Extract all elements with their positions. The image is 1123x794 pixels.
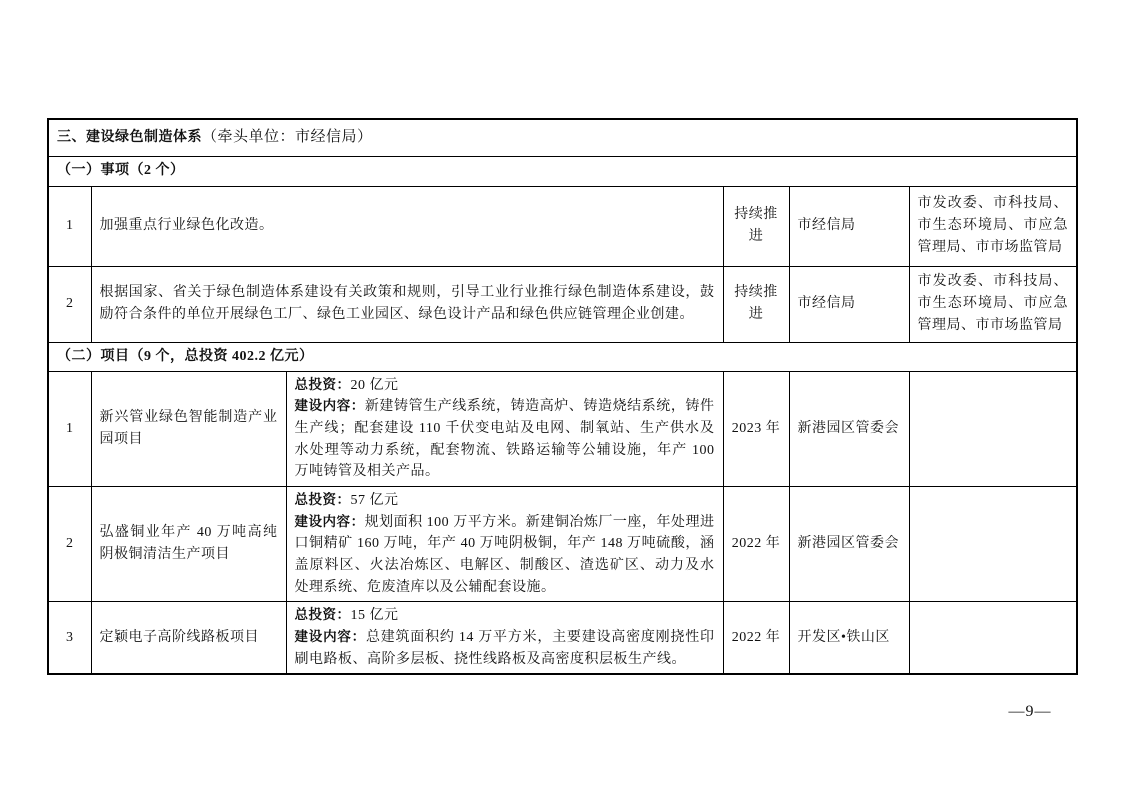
content-label: 建设内容： xyxy=(295,398,365,413)
project-number: 2 xyxy=(48,486,91,601)
item-schedule: 持续推进 xyxy=(723,266,789,342)
project-content-line: 建设内容：规划面积 100 万平方米。新建铜冶炼厂一座，年处理进口铜精矿 160… xyxy=(295,512,715,599)
content-label: 建设内容： xyxy=(295,514,365,529)
project-year: 2022 年 xyxy=(723,602,789,675)
table-title-row: 三、建设绿色制造体系（牵头单位：市经信局） xyxy=(48,119,1077,156)
table-title-paren: （牵头单位：市经信局） xyxy=(202,129,373,145)
item-support-units: 市发改委、市科技局、市生态环境局、市应急管理局、市市场监管局 xyxy=(909,186,1077,266)
project-number: 1 xyxy=(48,371,91,486)
investment-label: 总投资： xyxy=(295,607,351,622)
project-year: 2023 年 xyxy=(723,371,789,486)
investment-label: 总投资： xyxy=(295,492,351,507)
project-details: 总投资：20 亿元 建设内容：新建铸管生产线系统，铸造高炉、铸造烧结系统，铸件生… xyxy=(286,371,723,486)
section-projects-row: （二）项目（9 个，总投资 402.2 亿元） xyxy=(48,342,1077,371)
project-row: 3 定颖电子高阶线路板项目 总投资：15 亿元 建设内容：总建筑面积约 14 万… xyxy=(48,602,1077,675)
project-name: 定颖电子高阶线路板项目 xyxy=(91,602,286,675)
project-investment-line: 总投资：20 亿元 xyxy=(295,375,715,397)
table-title: 三、建设绿色制造体系（牵头单位：市经信局） xyxy=(48,119,1077,156)
plan-table: 三、建设绿色制造体系（牵头单位：市经信局） （一）事项（2 个） 1 加强重点行… xyxy=(47,118,1078,675)
item-number: 2 xyxy=(48,266,91,342)
project-details: 总投资：15 亿元 建设内容：总建筑面积约 14 万平方米，主要建设高密度刚挠性… xyxy=(286,602,723,675)
item-content: 根据国家、省关于绿色制造体系建设有关政策和规则，引导工业行业推行绿色制造体系建设… xyxy=(91,266,723,342)
table-title-main: 三、建设绿色制造体系 xyxy=(57,128,202,144)
item-row: 1 加强重点行业绿色化改造。 持续推进 市经信局 市发改委、市科技局、市生态环境… xyxy=(48,186,1077,266)
investment-label: 总投资： xyxy=(295,377,351,392)
page-number: —9— xyxy=(975,703,1085,721)
investment-value: 57 亿元 xyxy=(351,493,399,508)
project-name: 弘盛铜业年产 40 万吨高纯阴极铜清洁生产项目 xyxy=(91,486,286,601)
project-lead-unit: 开发区•铁山区 xyxy=(789,602,909,675)
content-label: 建设内容： xyxy=(295,629,366,644)
investment-value: 20 亿元 xyxy=(351,378,399,393)
project-content-line: 建设内容：新建铸管生产线系统，铸造高炉、铸造烧结系统，铸件生产线；配套建设 11… xyxy=(295,396,715,483)
project-row: 1 新兴管业绿色智能制造产业园项目 总投资：20 亿元 建设内容：新建铸管生产线… xyxy=(48,371,1077,486)
project-row: 2 弘盛铜业年产 40 万吨高纯阴极铜清洁生产项目 总投资：57 亿元 建设内容… xyxy=(48,486,1077,601)
item-schedule: 持续推进 xyxy=(723,186,789,266)
project-investment-line: 总投资：15 亿元 xyxy=(295,605,715,627)
project-support-units xyxy=(909,371,1077,486)
item-number: 1 xyxy=(48,186,91,266)
item-content: 加强重点行业绿色化改造。 xyxy=(91,186,723,266)
project-name: 新兴管业绿色智能制造产业园项目 xyxy=(91,371,286,486)
project-lead-unit: 新港园区管委会 xyxy=(789,486,909,601)
item-row: 2 根据国家、省关于绿色制造体系建设有关政策和规则，引导工业行业推行绿色制造体系… xyxy=(48,266,1077,342)
item-lead-unit: 市经信局 xyxy=(789,186,909,266)
project-details: 总投资：57 亿元 建设内容：规划面积 100 万平方米。新建铜冶炼厂一座，年处… xyxy=(286,486,723,601)
project-content-line: 建设内容：总建筑面积约 14 万平方米，主要建设高密度刚挠性印刷电路板、高阶多层… xyxy=(295,627,715,670)
item-lead-unit: 市经信局 xyxy=(789,266,909,342)
project-support-units xyxy=(909,486,1077,601)
project-number: 3 xyxy=(48,602,91,675)
section-projects-label: （二）项目（9 个，总投资 402.2 亿元） xyxy=(48,342,1077,371)
project-support-units xyxy=(909,602,1077,675)
project-lead-unit: 新港园区管委会 xyxy=(789,371,909,486)
section-items-row: （一）事项（2 个） xyxy=(48,156,1077,186)
document-page: 三、建设绿色制造体系（牵头单位：市经信局） （一）事项（2 个） 1 加强重点行… xyxy=(0,0,1123,794)
project-year: 2022 年 xyxy=(723,486,789,601)
project-investment-line: 总投资：57 亿元 xyxy=(295,490,715,512)
section-items-label: （一）事项（2 个） xyxy=(48,156,1077,186)
investment-value: 15 亿元 xyxy=(351,608,399,623)
item-support-units: 市发改委、市科技局、市生态环境局、市应急管理局、市市场监管局 xyxy=(909,266,1077,342)
